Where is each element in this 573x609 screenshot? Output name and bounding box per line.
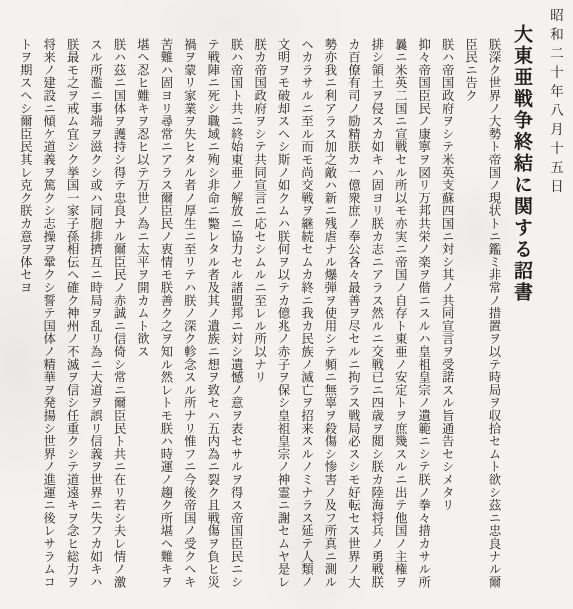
body-text-column: テ戦陣ニ死シ職域ニ殉シ非命ニ斃レタル者及其ノ遺族ニ想ヲ致セハ五内為ニ裂ク且戦傷ヲ… xyxy=(198,0,221,609)
body-text-column: 排シ領土ヲ侵スカ如キハ固ヨリ朕カ志ニアラス然ルニ交戦已ニ四歳ヲ閲シ朕カ陸海将兵ノ… xyxy=(362,0,385,609)
body-text-column: 臣民ニ告ク xyxy=(456,0,479,609)
body-text-column: 苦難ハ固ヨリ尋常ニアラス爾臣民ノ衷情モ朕善ク之ヲ知ル然レトモ朕ハ時運ノ趨ク所堪ヘ… xyxy=(151,0,174,609)
body-text-column: 朕ハ帝国ト共ニ終始東亜ノ解放ニ協力セル諸盟邦ニ対シ遺憾ノ意ヲ表セサルヲ得ス帝国臣… xyxy=(222,0,245,609)
vertical-text-document: 昭和二十年八月十五日 大東亜戦争終結に関する詔書 朕深ク世界ノ大勢ト帝国ノ現状ト… xyxy=(0,0,573,609)
body-text-column: 禍ヲ蒙リ家業ヲ失ヒタル者ノ厚生ニ至リテハ朕ノ深ク軫念スル所ナリ惟フニ今後帝国ノ受… xyxy=(175,0,198,609)
body-text-column: 勢亦我ニ利アラス加之敵ハ新ニ残虐ナル爆弾ヲ使用シテ頻ニ無辜ヲ殺傷シ惨害ノ及フ所真… xyxy=(316,0,339,609)
date-column: 昭和二十年八月十五日 xyxy=(535,0,565,609)
body-text-column: ヘカラサルニ至ル而モ尚交戦ヲ継続セムカ終ニ我カ民族ノ滅亡ヲ招来スルノミナラス延テ… xyxy=(292,0,315,609)
body-text-column: 朕ハ茲ニ国体ヲ護持シ得テ忠良ナル爾臣民ノ赤誠ニ信倚シ常ニ爾臣民ト共ニ在リ若シ夫レ… xyxy=(105,0,128,609)
body-text-column: 文明ヲモ破却スヘシ斯ノ如クムハ朕何ヲ以テカ億兆ノ赤子ヲ保シ皇祖皇宗ノ神霊ニ謝セム… xyxy=(269,0,292,609)
body-text-column: 抑々帝国臣民ノ康寧ヲ図リ万邦共栄ノ楽ヲ偕ニスルハ皇祖皇宗ノ遺範ニシテ朕ノ拳々措カ… xyxy=(409,0,432,609)
body-text-column: 朕カ帝国政府ヲシテ共同宣言ニ応セシムルニ至レル所以ナリ xyxy=(245,0,268,609)
body-text-column: 朕最モ之ヲ戒ム宜シク挙国一家子孫相伝ヘ確ク神州ノ不滅ヲ信シ任重クシテ道遠キヲ念ヒ… xyxy=(58,0,81,609)
imperial-rescript-scan: 昭和二十年八月十五日 大東亜戦争終結に関する詔書 朕深ク世界ノ大勢ト帝国ノ現状ト… xyxy=(0,0,573,609)
title-column: 大東亜戦争終結に関する詔書 xyxy=(503,0,535,609)
body-text-column: スル所濫ニ事端ヲ滋クシ或ハ同胞排擠互ニ時局ヲ乱リ為ニ大道ヲ誤リ信義ヲ世界ニ失フカ… xyxy=(81,0,104,609)
body-text-column: 将来ノ建設ニ傾ケ道義ヲ篤クシ志操ヲ鞏クシ誓テ国体ノ精華ヲ発揚シ世界ノ進運ニ後レサ… xyxy=(34,0,57,609)
body-text-column: 堪ヘ忍ヒ難キヲ忍ヒ以テ万世ノ為ニ太平ヲ開カムト欲ス xyxy=(128,0,151,609)
body-text-column: カ百僚有司ノ励精朕カ一億衆庶ノ奉公各々最善ヲ尽セルニ拘ラス戦局必スシモ好転セス世… xyxy=(339,0,362,609)
body-text-column: トヲ期スヘシ爾臣民其レ克ク朕カ意ヲ体セヨ xyxy=(11,0,34,609)
body-text-column: 曩ニ米英二国ニ宣戦セル所以モ亦実ニ帝国ノ自存ト東亜ノ安定トヲ庶幾スルニ出テ他国ノ… xyxy=(386,0,409,609)
body-text-column: 朕深ク世界ノ大勢ト帝国ノ現状トニ鑑ミ非常ノ措置ヲ以テ時局ヲ収拾セムト欲シ茲ニ忠良… xyxy=(480,0,503,609)
body-text-column: 朕ハ帝国政府ヲシテ米英支蘇四国ニ対シ其ノ共同宣言ヲ受諾スル旨通告セシメタリ xyxy=(433,0,456,609)
